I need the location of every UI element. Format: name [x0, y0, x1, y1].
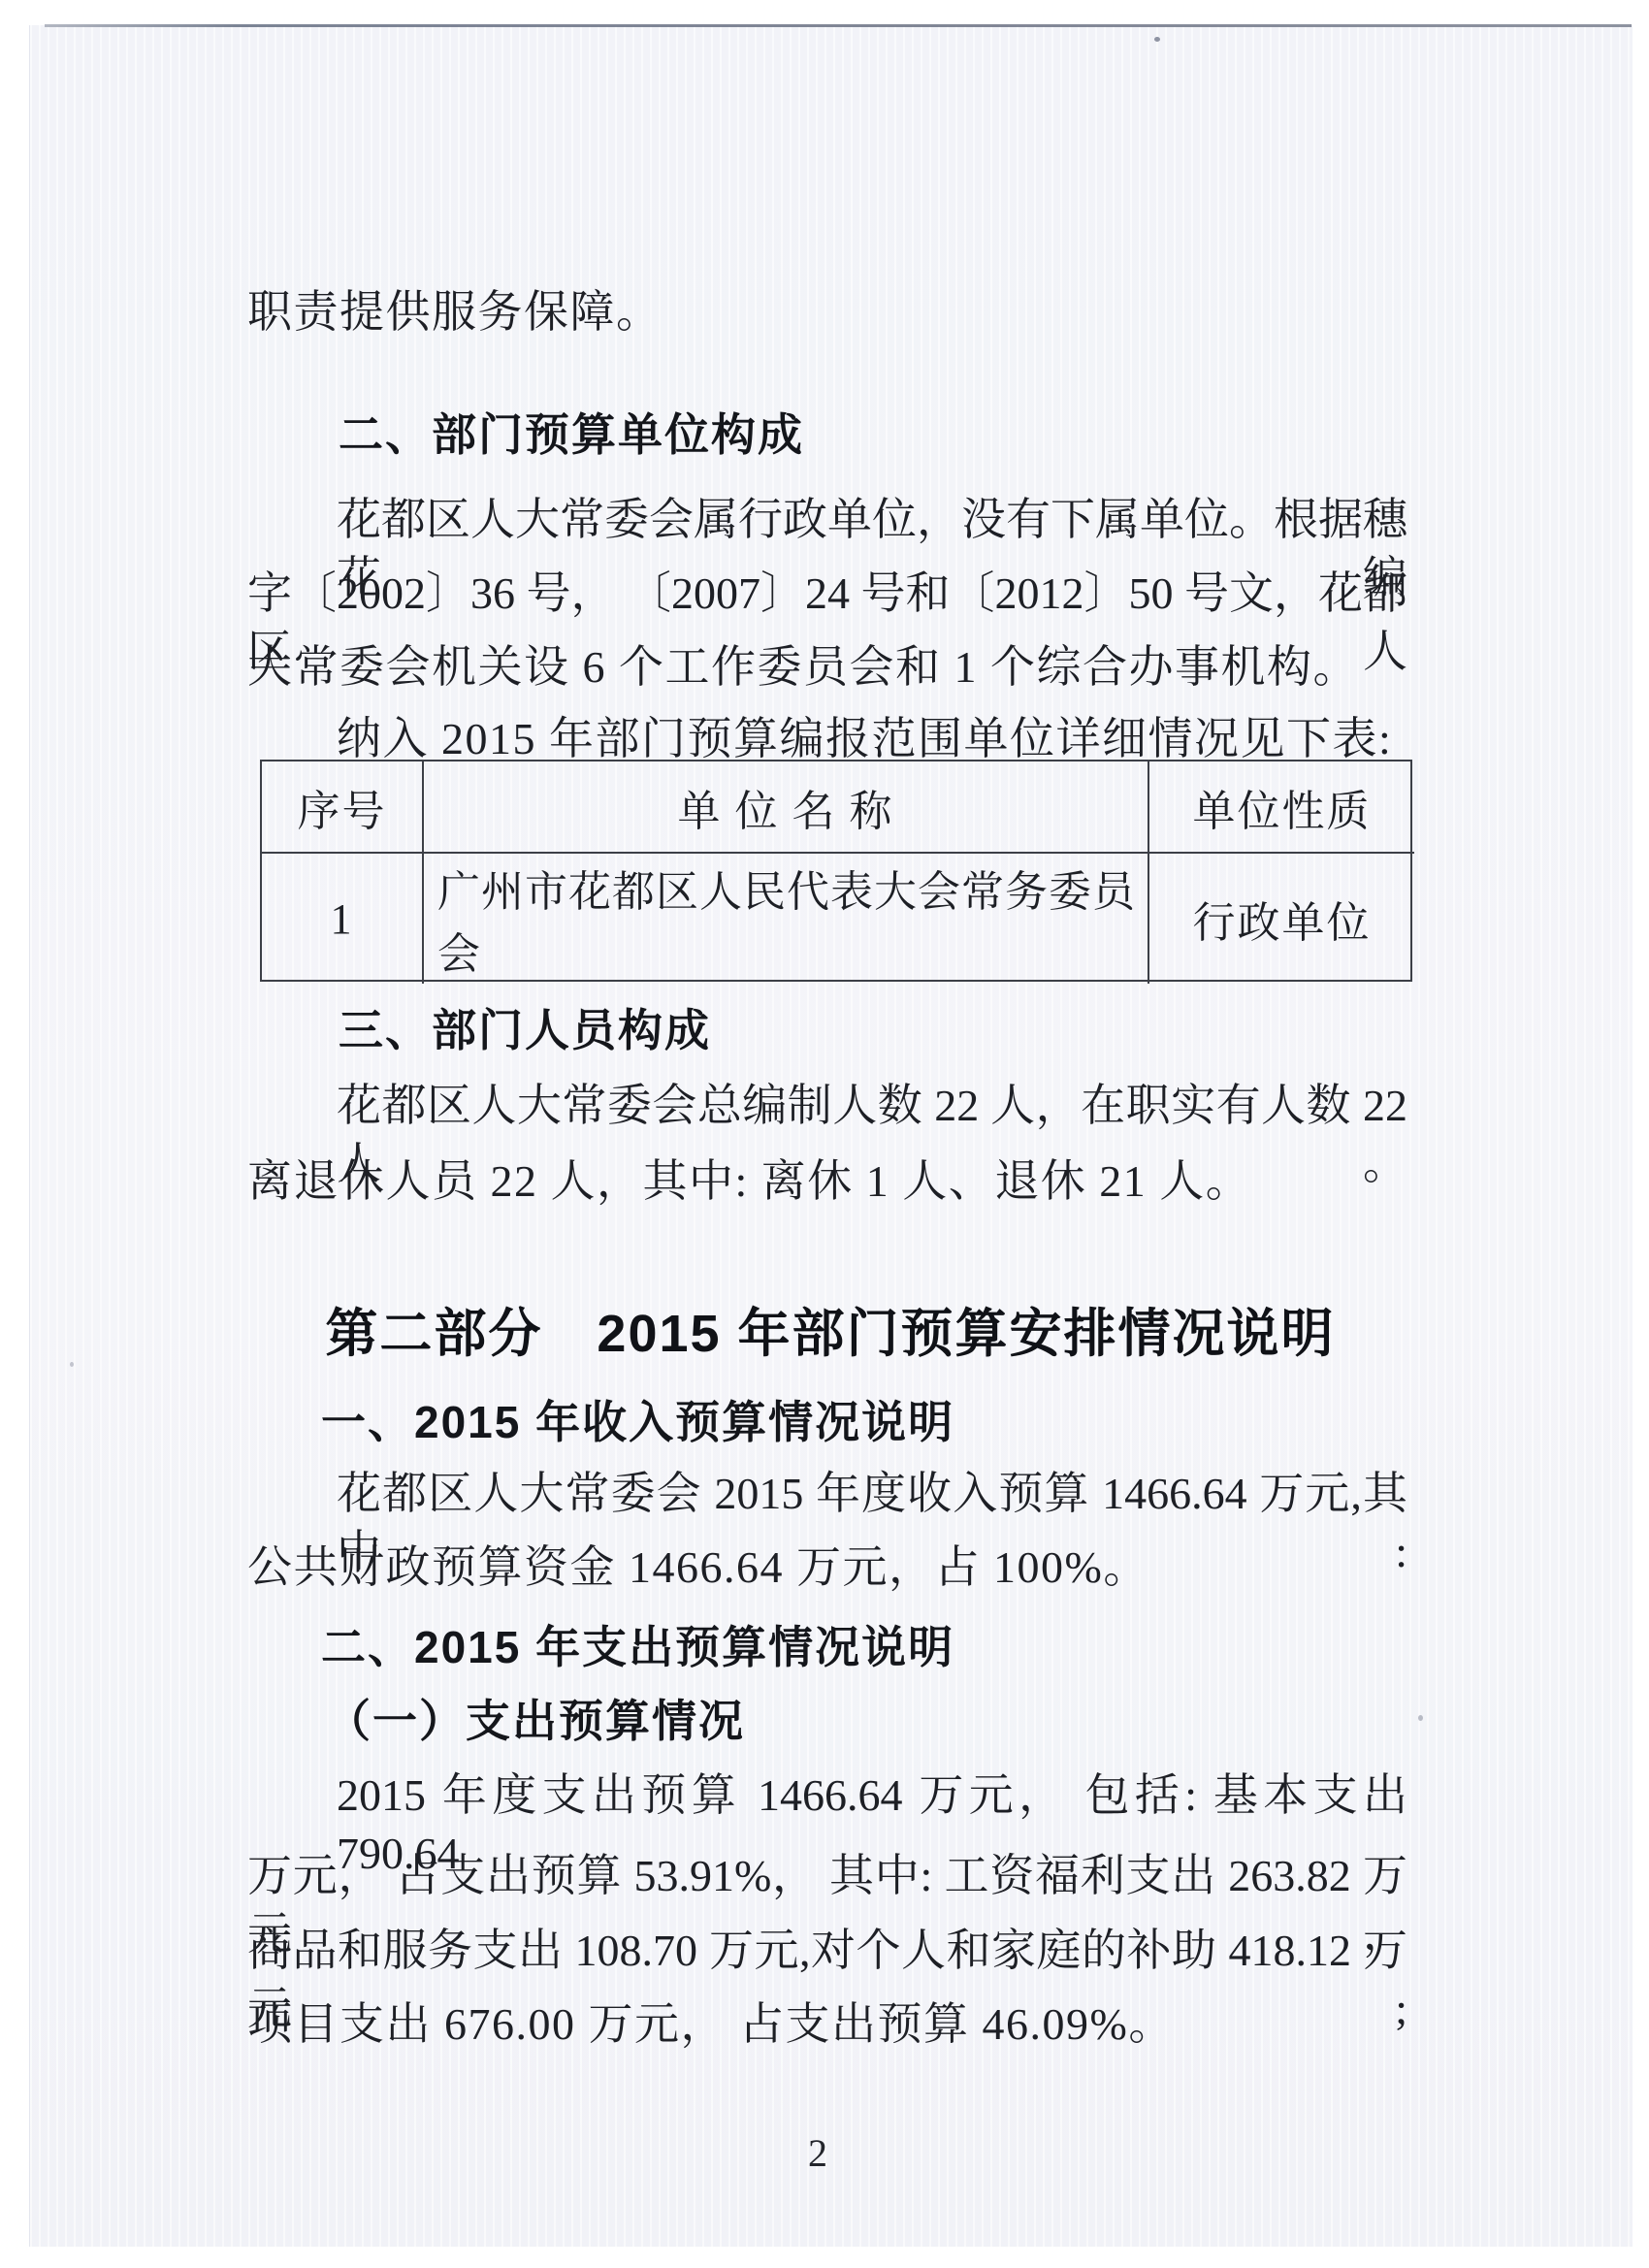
subheading-expense: （一）支出预算情况 — [326, 1692, 745, 1750]
para-staff-line2: 离退休人员 22 人，其中: 离休 1 人、退休 21 人。 — [247, 1152, 1251, 1211]
paper-top-edge-line — [45, 24, 1632, 27]
page-number: 2 — [789, 2130, 847, 2176]
table-header-nature: 单位性质 — [1149, 761, 1414, 854]
heading-budget-units: 二、部门预算单位构成 — [339, 405, 804, 464]
para-expense-line4: 项目支出 676.00 万元， 占支出预算 46.09%。 — [247, 1995, 1175, 2054]
para-units-line3: 大常委会机关设 6 个工作委员会和 1 个综合办事机构。 — [247, 638, 1359, 697]
table-cell-row1-name: 广州市花都区人民代表大会常务委员会 — [424, 854, 1149, 984]
table-cell-row1-no: 1 — [262, 854, 424, 984]
paragraph-tail-line: 职责提供服务保障。 — [247, 283, 663, 341]
section2-title: 第二部分 2015 年部门预算安排情况说明 — [29, 1301, 1632, 1367]
scan-speck — [1418, 1715, 1423, 1721]
scan-speck — [1154, 37, 1160, 42]
budget-units-table: 序号 单 位 名 称 单位性质 1 广州市花都区人民代表大会常务委员会 行政单位 — [260, 760, 1412, 982]
table-header-name: 单 位 名 称 — [424, 761, 1149, 854]
heading-staff: 三、部门人员构成 — [339, 1001, 711, 1059]
table-header-no: 序号 — [262, 761, 424, 854]
para-income-line2: 公共财政预算资金 1466.64 万元，占 100%。 — [247, 1539, 1149, 1597]
heading-expense: 二、2015 年支出预算情况说明 — [321, 1618, 954, 1676]
heading-income: 一、2015 年收入预算情况说明 — [321, 1393, 954, 1451]
table-cell-row1-nature: 行政单位 — [1149, 854, 1414, 984]
